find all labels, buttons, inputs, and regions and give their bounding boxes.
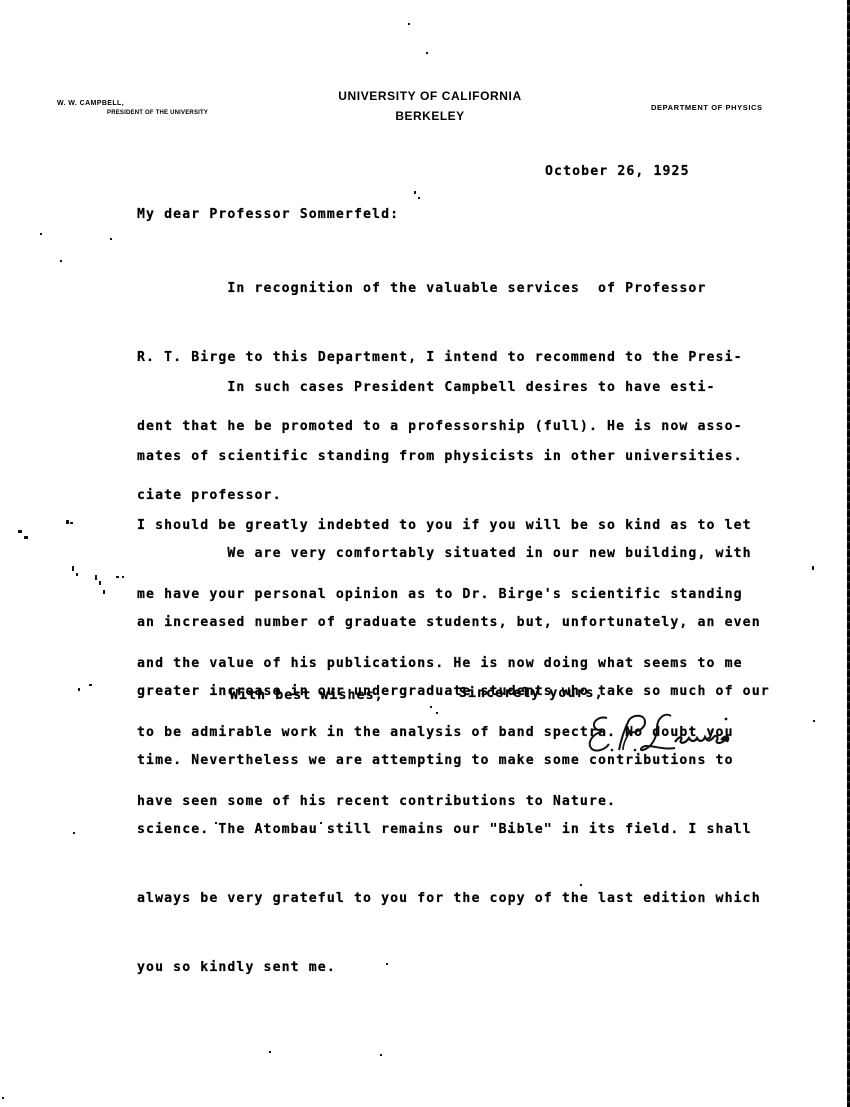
handwritten-signature [585, 710, 770, 755]
letter-date: October 26, 1925 [545, 160, 690, 183]
letter-page: W. W. Campbell, President of the Univers… [0, 0, 850, 1107]
salutation: My dear Professor Sommerfeld: [137, 203, 399, 226]
valediction: Sincerely yours, [459, 682, 604, 705]
paragraph-line: always be very grateful to you for the c… [137, 887, 770, 910]
letterhead-department: Department of Physics [651, 103, 763, 112]
paragraph-line: In recognition of the valuable services … [137, 277, 743, 300]
paragraph-line: science. The Atombau still remains our "… [137, 818, 770, 841]
letterhead-institution: University of California [0, 89, 850, 103]
paragraph-3: We are very comfortably situated in our … [137, 496, 770, 1025]
paragraph-line: mates of scientific standing from physic… [137, 445, 752, 468]
paragraph-line: In such cases President Campbell desires… [137, 376, 752, 399]
paragraph-line: We are very comfortably situated in our … [137, 542, 770, 565]
paragraph-line: you so kindly sent me. [137, 956, 770, 979]
closing: With best wishes, [230, 684, 384, 707]
paragraph-line: an increased number of graduate students… [137, 611, 770, 634]
